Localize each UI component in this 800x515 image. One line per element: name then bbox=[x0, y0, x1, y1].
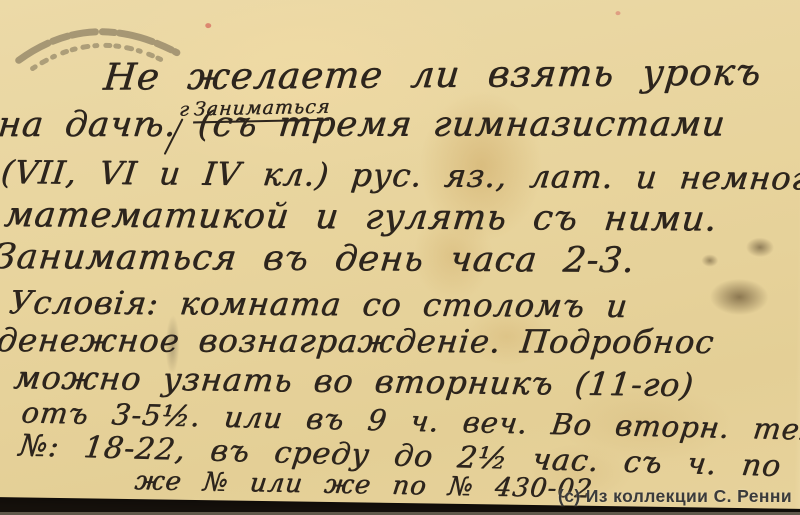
handwritten-line: (VII, VI и IV кл.) рус. яз., лат. и немн… bbox=[0, 153, 800, 197]
credit-watermark: (с) Из коллекции С. Ренни bbox=[558, 486, 792, 507]
red-speck bbox=[205, 23, 211, 28]
handwritten-line: Заниматься въ день часа 2-3. bbox=[0, 237, 637, 281]
handwritten-line: Не желаете ли взять урокъ bbox=[102, 50, 764, 98]
handwritten-line: на дачѣ. (съ тремя гимназистами bbox=[0, 104, 727, 145]
postcard-paper: Не желаете ли взять урокъ гЗаниматься на… bbox=[0, 0, 800, 509]
postcard-scan: Не желаете ли взять урокъ гЗаниматься на… bbox=[0, 0, 800, 515]
handwritten-line: математикой и гулять съ ними. bbox=[2, 195, 719, 239]
handwritten-line: денежное вознагражденіе. Подробнос bbox=[0, 321, 716, 361]
handwritten-line: Условія: комната со столомъ и bbox=[7, 283, 630, 325]
red-speck bbox=[615, 11, 620, 15]
